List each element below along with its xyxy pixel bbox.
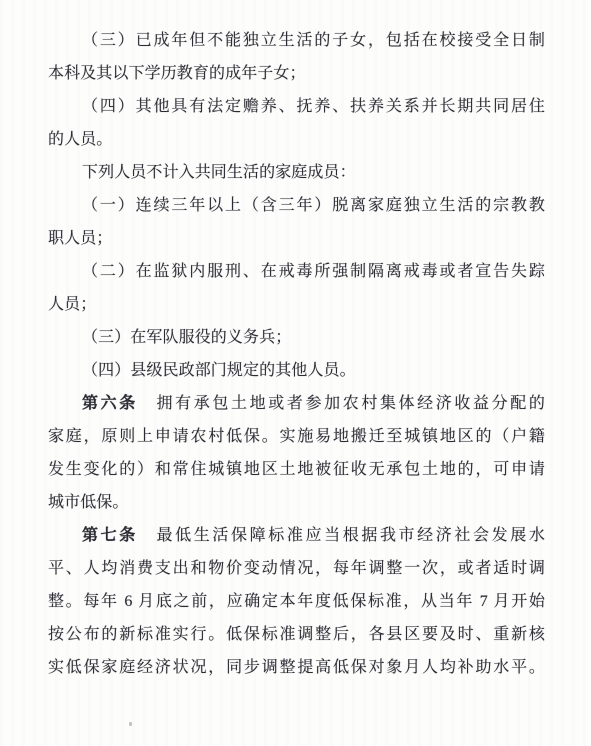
line-text: 整。每年 6 月底之前，应确定本年度低保标准，从当年 7 月开始 <box>48 593 545 610</box>
scanned-document-page: （三）已成年但不能独立生活的子女，包括在校接受全日制本科及其以下学历教育的成年子… <box>0 0 591 746</box>
document-line: 城市低保。 <box>48 486 545 519</box>
line-text: 发生变化的）和常住城镇地区土地被征收无承包土地的，可申请 <box>48 461 545 478</box>
document-line: 家庭，原则上申请农村低保。实施易地搬迁至城镇地区的（户籍 <box>48 420 545 453</box>
line-text: （二）在监狱内服刑、在戒毒所强制隔离戒毒或者宣告失踪 <box>82 263 545 280</box>
document-line: （四）县级民政部门规定的其他人员。 <box>48 354 545 387</box>
line-text: （三）在军队服役的义务兵； <box>82 329 291 346</box>
document-body: （三）已成年但不能独立生活的子女，包括在校接受全日制本科及其以下学历教育的成年子… <box>48 24 545 684</box>
document-line: 按公布的新标准实行。低保标准调整后，各县区要及时、重新核 <box>48 618 545 651</box>
line-text: （四）其他具有法定赡养、抚养、扶养关系并长期共同居住 <box>82 98 545 115</box>
line-text: 职人员； <box>48 230 112 247</box>
line-text: 平、人均消费支出和物价变动情况，每年调整一次，或者适时调 <box>48 560 545 577</box>
document-line: 平、人均消费支出和物价变动情况，每年调整一次，或者适时调 <box>48 552 545 585</box>
document-line: 下列人员不计入共同生活的家庭成员： <box>48 156 545 189</box>
document-line: 第七条 最低生活保障标准应当根据我市经济社会发展水 <box>48 519 545 552</box>
scanned-document: { "page": { "background_color": "#fdfdfc… <box>0 0 591 746</box>
line-text: 城市低保。 <box>48 494 129 511</box>
line-text: 下列人员不计入共同生活的家庭成员： <box>82 164 356 181</box>
document-line: 本科及其以下学历教育的成年子女； <box>48 57 545 90</box>
article-number: 第六条 <box>82 395 138 412</box>
line-text: 本科及其以下学历教育的成年子女； <box>48 65 306 82</box>
document-line: 整。每年 6 月底之前，应确定本年度低保标准，从当年 7 月开始 <box>48 585 545 618</box>
document-line: 人员； <box>48 288 545 321</box>
document-line: 发生变化的）和常住城镇地区土地被征收无承包土地的，可申请 <box>48 453 545 486</box>
line-text: 的人员。 <box>48 131 112 148</box>
article-number: 第七条 <box>82 527 138 544</box>
document-line: （二）在监狱内服刑、在戒毒所强制隔离戒毒或者宣告失踪 <box>48 255 545 288</box>
line-text: 家庭，原则上申请农村低保。实施易地搬迁至城镇地区的（户籍 <box>48 428 545 445</box>
document-line: （三）在军队服役的义务兵； <box>48 321 545 354</box>
document-line: 第六条 拥有承包土地或者参加农村集体经济收益分配的 <box>48 387 545 420</box>
document-line: （四）其他具有法定赡养、抚养、扶养关系并长期共同居住 <box>48 90 545 123</box>
document-line: 的人员。 <box>48 123 545 156</box>
line-text: 最低生活保障标准应当根据我市经济社会发展水 <box>138 527 545 544</box>
document-line: 职人员； <box>48 222 545 255</box>
scan-speck <box>129 722 132 726</box>
document-line: 实低保家庭经济状况，同步调整提高低保对象月人均补助水平。 <box>48 651 545 684</box>
line-text: （三）已成年但不能独立生活的子女，包括在校接受全日制 <box>82 32 545 49</box>
line-text: 人员； <box>48 296 96 313</box>
line-text: 拥有承包土地或者参加农村集体经济收益分配的 <box>138 395 545 412</box>
document-line: （三）已成年但不能独立生活的子女，包括在校接受全日制 <box>48 24 545 57</box>
line-text: 实低保家庭经济状况，同步调整提高低保对象月人均补助水平。 <box>48 659 545 676</box>
line-text: （四）县级民政部门规定的其他人员。 <box>82 362 356 379</box>
document-line: （一）连续三年以上（含三年）脱离家庭独立生活的宗教教 <box>48 189 545 222</box>
line-text: （一）连续三年以上（含三年）脱离家庭独立生活的宗教教 <box>82 197 545 214</box>
line-text: 按公布的新标准实行。低保标准调整后，各县区要及时、重新核 <box>48 626 545 643</box>
